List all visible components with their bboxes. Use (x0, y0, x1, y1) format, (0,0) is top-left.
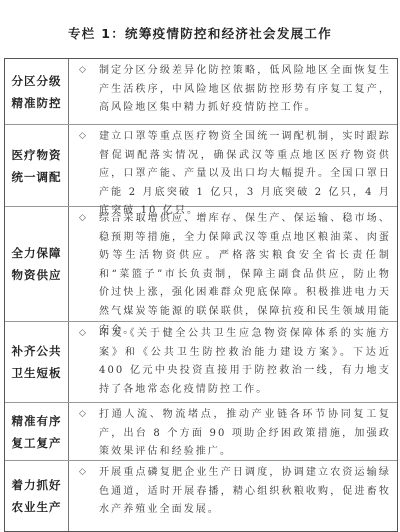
category-label: 物资供应 (12, 264, 62, 286)
content-cell: ◇ 制定分区分级差异化防控策略，低风险地区全面恢复生产生活秩序，中风险地区依据防… (69, 59, 397, 124)
category-label: 农业生产 (12, 496, 62, 518)
content-cell: ◇ 开展重点磷复肥企业生产日调度，协调建立农资运输绿色通道，适时开展春播，精心组… (69, 461, 397, 531)
box-title: 专栏 1：统筹疫情防控和经济社会发展工作 (0, 24, 400, 42)
category-label: 着力抓好 (12, 474, 62, 496)
diamond-bullet-icon: ◇ (79, 406, 99, 458)
content-text: 制定分区分级差异化防控策略，低风险地区全面恢复生产生活秩序，中风险地区依据防控形… (99, 62, 391, 122)
diamond-bullet-icon: ◇ (79, 325, 99, 400)
content-text: 打通人流、物流堵点，推动产业链各环节协同复工复产，出台 8 个方面 90 项助企… (99, 406, 391, 458)
category-cell: 精准有序 复工复产 (5, 403, 69, 460)
diamond-bullet-icon: ◇ (79, 210, 99, 319)
content-text: 综合采取增供应、增库存、保生产、保运输、稳市场、稳预期等措施，全力保障武汉等重点… (99, 210, 391, 319)
category-cell: 着力抓好 农业生产 (5, 461, 69, 531)
category-cell: 医疗物资 统一调配 (5, 125, 69, 206)
category-label: 医疗物资 (12, 144, 62, 166)
category-label: 卫生短板 (12, 362, 62, 384)
category-label: 复工复产 (12, 432, 62, 454)
policy-table: 分区分级 精准防控 ◇ 制定分区分级差异化防控策略，低风险地区全面恢复生产生活秩… (4, 58, 398, 532)
content-text: 建立口罩等重点医疗物资全国统一调配机制，实时跟踪督促调配落实情况，确保武汉等重点… (99, 128, 391, 204)
category-cell: 全力保障 物资供应 (5, 207, 69, 321)
content-text: 印发《关于健全公共卫生应急物资保障体系的实施方案》和《公共卫生防控救治能力建设方… (99, 325, 391, 400)
content-cell: ◇ 建立口罩等重点医疗物资全国统一调配机制，实时跟踪督促调配落实情况，确保武汉等… (69, 125, 397, 206)
content-text: 开展重点磷复肥企业生产日调度，协调建立农资运输绿色通道，适时开展春播，精心组织秋… (99, 464, 391, 529)
table-row: 补齐公共 卫生短板 ◇ 印发《关于健全公共卫生应急物资保障体系的实施方案》和《公… (5, 321, 397, 402)
content-cell: ◇ 印发《关于健全公共卫生应急物资保障体系的实施方案》和《公共卫生防控救治能力建… (69, 322, 397, 402)
table-row: 着力抓好 农业生产 ◇ 开展重点磷复肥企业生产日调度，协调建立农资运输绿色通道，… (5, 460, 397, 531)
content-cell: ◇ 综合采取增供应、增库存、保生产、保运输、稳市场、稳预期等措施，全力保障武汉等… (69, 207, 397, 321)
category-cell: 补齐公共 卫生短板 (5, 322, 69, 402)
table-row: 精准有序 复工复产 ◇ 打通人流、物流堵点，推动产业链各环节协同复工复产，出台 … (5, 402, 397, 460)
category-label: 精准有序 (12, 410, 62, 432)
diamond-bullet-icon: ◇ (79, 464, 99, 529)
category-label: 精准防控 (12, 92, 62, 114)
category-label: 补齐公共 (12, 340, 62, 362)
table-row: 医疗物资 统一调配 ◇ 建立口罩等重点医疗物资全国统一调配机制，实时跟踪督促调配… (5, 124, 397, 206)
table-row: 分区分级 精准防控 ◇ 制定分区分级差异化防控策略，低风险地区全面恢复生产生活秩… (5, 59, 397, 124)
diamond-bullet-icon: ◇ (79, 62, 99, 122)
diamond-bullet-icon: ◇ (79, 128, 99, 204)
content-cell: ◇ 打通人流、物流堵点，推动产业链各环节协同复工复产，出台 8 个方面 90 项… (69, 403, 397, 460)
category-cell: 分区分级 精准防控 (5, 59, 69, 124)
category-label: 分区分级 (12, 70, 62, 92)
category-label: 统一调配 (12, 166, 62, 188)
category-label: 全力保障 (12, 242, 62, 264)
table-row: 全力保障 物资供应 ◇ 综合采取增供应、增库存、保生产、保运输、稳市场、稳预期等… (5, 206, 397, 321)
